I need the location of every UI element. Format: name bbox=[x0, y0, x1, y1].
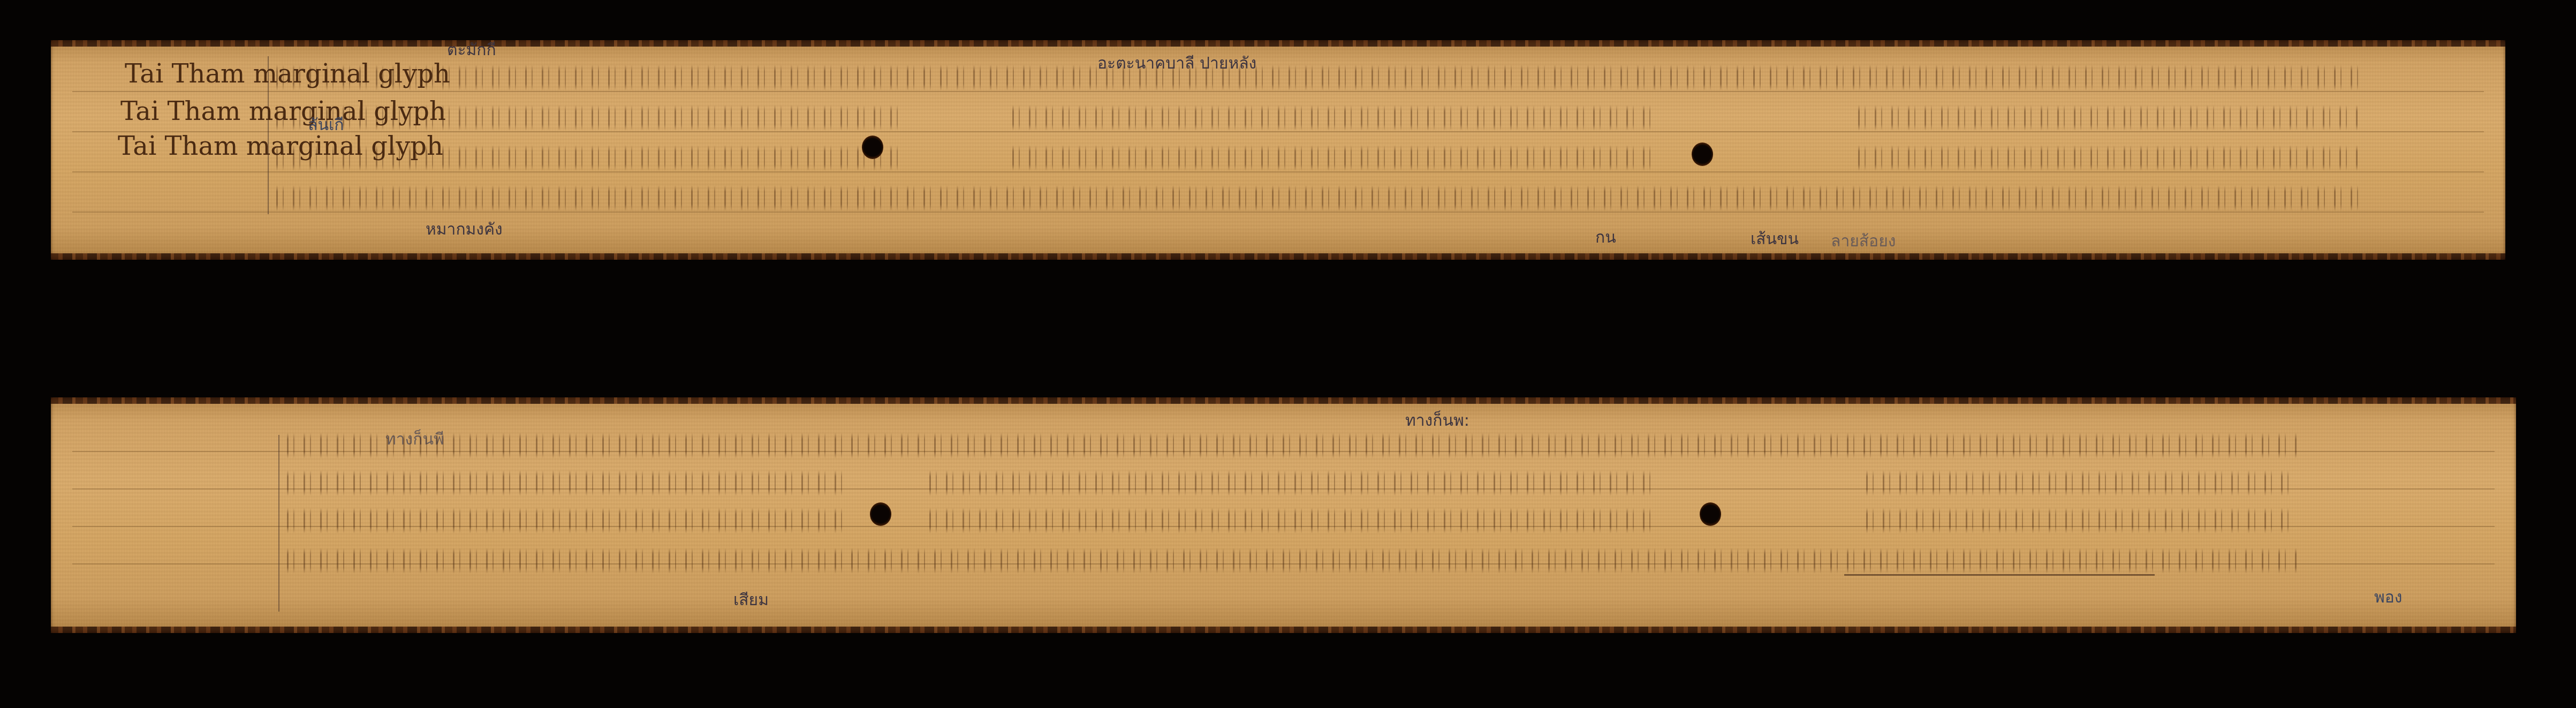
annotation-top-left: ตะมักกี bbox=[447, 37, 496, 63]
text-line-2c bbox=[1855, 102, 2361, 134]
text-line-1 bbox=[284, 430, 2297, 462]
script-ink bbox=[273, 142, 905, 174]
annotation-bottom-right-2: ลายส้อยง bbox=[1831, 229, 1896, 254]
text-line-2a bbox=[273, 102, 905, 134]
text-line-4 bbox=[273, 182, 2361, 214]
binding-hole-1 bbox=[862, 135, 883, 159]
script-ink bbox=[284, 545, 2297, 577]
text-line-3c bbox=[1855, 142, 2361, 174]
script-ink bbox=[284, 430, 2297, 462]
script-ink bbox=[926, 504, 1654, 537]
palm-leaf-2: ทางก็นพี ทางก็นพ: เสียม พอง bbox=[51, 397, 2516, 633]
script-ink bbox=[1009, 142, 1657, 174]
binding-hole-2 bbox=[1692, 142, 1713, 166]
text-line-2b bbox=[1009, 102, 1657, 134]
annotation-bottom-left: เสียม bbox=[733, 588, 769, 613]
text-line-4 bbox=[284, 545, 2297, 577]
script-ink bbox=[284, 504, 851, 537]
script-ink bbox=[273, 102, 905, 134]
script-ink bbox=[273, 182, 2361, 214]
text-line-2c bbox=[1863, 467, 2297, 499]
text-line-1 bbox=[273, 62, 2361, 94]
palm-leaf-1: Tai Tham marginal glyph Tai Tham margina… bbox=[51, 40, 2505, 260]
script-ink bbox=[1009, 102, 1657, 134]
script-ink bbox=[1863, 504, 2297, 537]
annotation-bottom-mid: กน bbox=[1595, 225, 1616, 250]
text-line-3a bbox=[284, 504, 851, 537]
text-line-3b bbox=[1009, 142, 1657, 174]
script-ink bbox=[1863, 467, 2297, 499]
text-line-3a bbox=[273, 142, 905, 174]
binding-hole-2 bbox=[1700, 502, 1721, 526]
annotation-bottom-left: หมากมงคัง bbox=[426, 217, 503, 242]
script-ink bbox=[1855, 102, 2361, 134]
binding-hole-1 bbox=[870, 502, 891, 526]
text-line-2b bbox=[926, 467, 1654, 499]
annotation-bottom-right-1: เส้นขน bbox=[1751, 227, 1799, 252]
script-ink bbox=[273, 62, 2361, 94]
script-ink bbox=[926, 467, 1654, 499]
annotation-bottom-right: พอง bbox=[2374, 585, 2402, 610]
text-line-2a bbox=[284, 467, 851, 499]
script-ink bbox=[284, 467, 851, 499]
script-ink bbox=[1855, 142, 2361, 174]
text-line-3b bbox=[926, 504, 1654, 537]
text-line-3c bbox=[1863, 504, 2297, 537]
margin-rule bbox=[278, 435, 279, 612]
